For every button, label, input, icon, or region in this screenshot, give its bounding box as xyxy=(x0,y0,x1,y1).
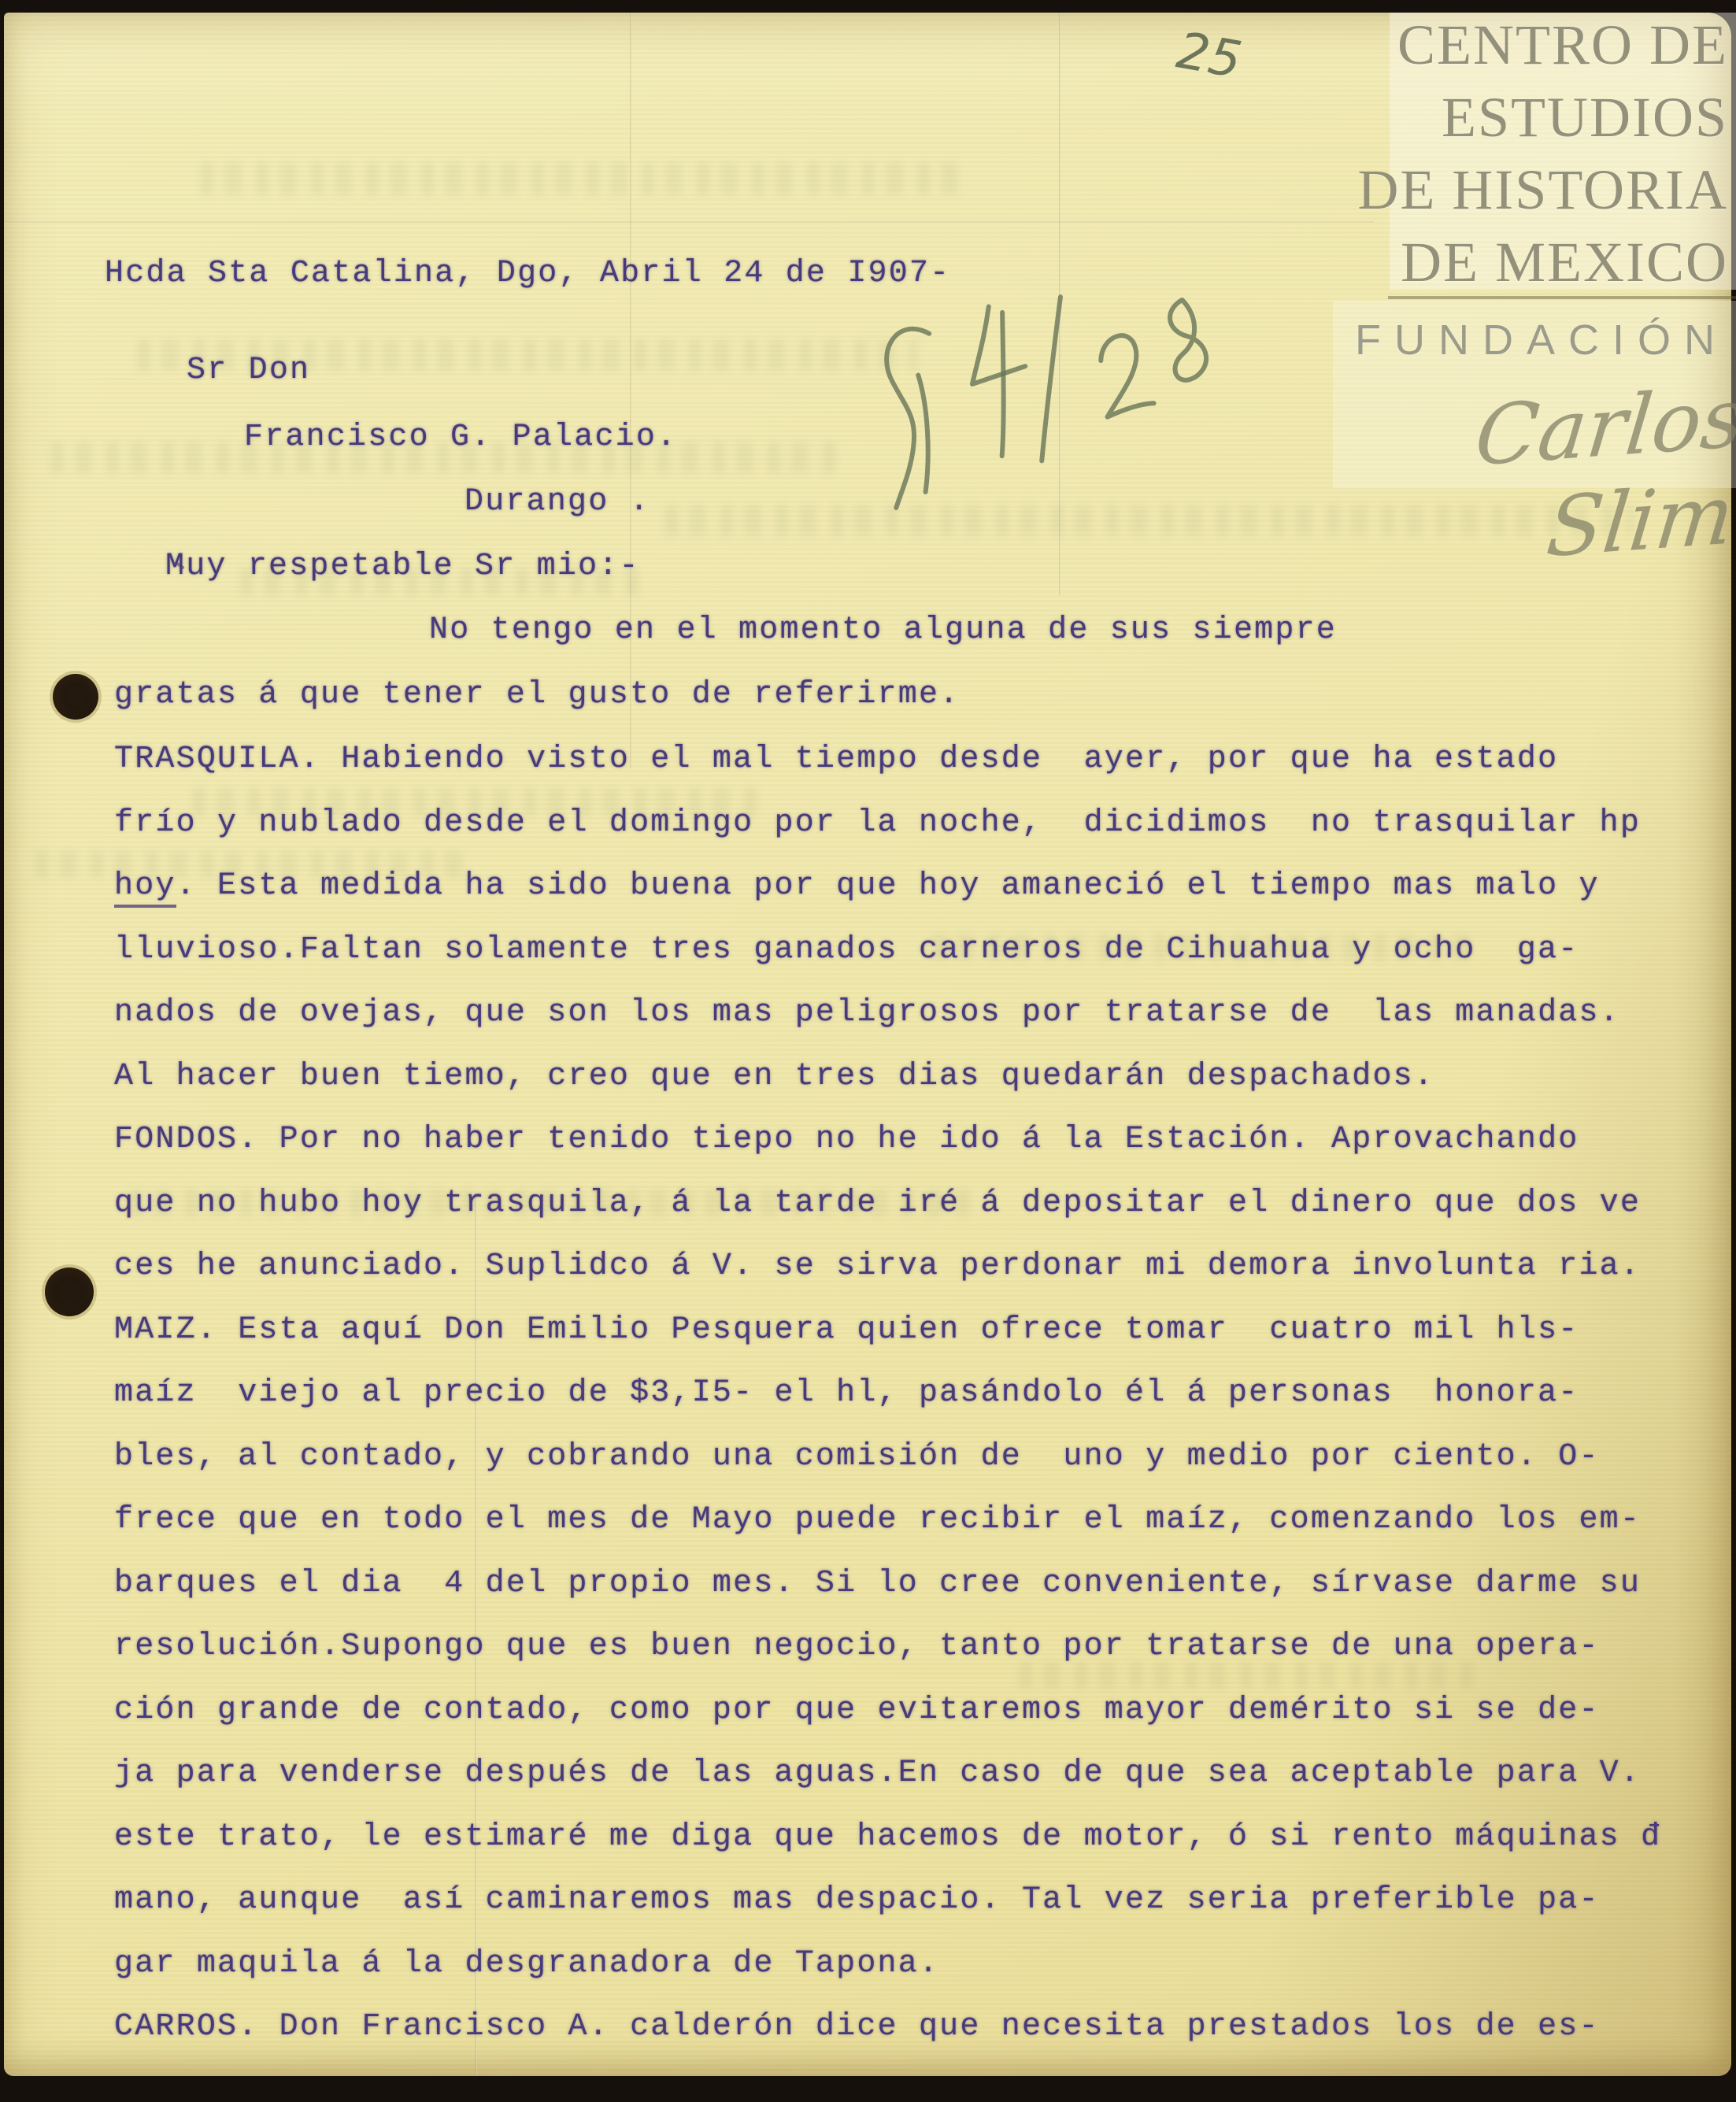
watermark-text-line: DE MEXICO xyxy=(1342,230,1728,295)
foundation-watermark: FUNDACIÓN xyxy=(1334,316,1728,365)
letter-line: frío y nublado desde el domingo por la n… xyxy=(114,805,1641,841)
letter-line: ces he anunciado. Suplidco á V. se sirva… xyxy=(114,1249,1641,1284)
letter-line: resolución.Supongo que es buen negocio, … xyxy=(114,1629,1600,1664)
letter-line: Al hacer buen tiemo, creo que en tres di… xyxy=(114,1059,1434,1094)
letter-line: mano, aunque así caminaremos mas despaci… xyxy=(114,1882,1600,1918)
watermark-text-line: CENTRO DE xyxy=(1342,13,1728,78)
carlos-slim-signature: Carlos Slim xyxy=(1335,369,1736,590)
letter-line: que no hubo hoy trasquila, á la tarde ir… xyxy=(114,1186,1641,1221)
letter-line: gar maquila á la desgranadora de Tapona. xyxy=(114,1946,939,1982)
letter-line: este trato, le estimaré me diga que hace… xyxy=(114,1819,1661,1855)
letter-line: FONDOS. Por no haber tenido tiepo no he … xyxy=(114,1122,1579,1157)
recipient-name: Francisco G. Palacio. xyxy=(244,420,677,455)
salutation: Muy respetable Sr mio:- xyxy=(165,549,640,584)
letter-line: barques el dia 4 del propio mes. Si lo c… xyxy=(114,1566,1641,1601)
letter-line: maíz viejo al precio de $3,I5- el hl, pa… xyxy=(114,1375,1579,1411)
watermark-text-line: ESTUDIOS xyxy=(1342,85,1728,150)
letter-line: ción grande de contado, como por que evi… xyxy=(114,1693,1600,1728)
watermark-divider xyxy=(1388,296,1736,299)
dateline: Hcda Sta Catalina, Dgo, Abril 24 de I907… xyxy=(105,256,950,291)
recipient-title: Sr Don xyxy=(187,353,310,388)
letter-line: nados de ovejas, que son los mas peligro… xyxy=(114,995,1620,1031)
letter-line: MAIZ. Esta aquí Don Emilio Pesquera quie… xyxy=(114,1312,1579,1348)
letter-line: lluvioso.Faltan solamente tres ganados c… xyxy=(114,932,1579,968)
letter-line: No tengo en el momento alguna de sus sie… xyxy=(429,612,1337,648)
watermark-text-line: DE HISTORIA xyxy=(1342,157,1728,223)
punch-hole xyxy=(53,674,98,720)
fold-crease xyxy=(4,221,1374,224)
punch-hole xyxy=(45,1267,94,1316)
pencil-page-number: 25 xyxy=(1172,21,1246,90)
letter-line: CARROS. Don Francisco A. calderón dice q… xyxy=(114,2009,1600,2045)
letter-page: CENTRO DE ESTUDIOS DE HISTORIA DE MEXICO… xyxy=(4,13,1731,2076)
letter-line: frece que en todo el mes de Mayo puede r… xyxy=(114,1502,1641,1538)
archive-photo: { "page": { "paper_color": "#efe7ac", "b… xyxy=(0,0,1736,2102)
letter-line: hoy. Esta medida ha sido buena por que h… xyxy=(114,868,1600,904)
letter-line: gratas á que tener el gusto de referirme… xyxy=(114,677,960,712)
fold-crease xyxy=(630,13,632,768)
recipient-city: Durango . xyxy=(465,484,650,520)
letter-line: bles, al contado, y cobrando una comisió… xyxy=(114,1439,1600,1475)
letter-line: TRASQUILA. Habiendo visto el mal tiempo … xyxy=(114,742,1558,777)
bleed-through-text xyxy=(1020,1662,1476,1689)
bleed-through-text xyxy=(201,162,972,195)
letter-line: ja para venderse después de las aguas.En… xyxy=(114,1756,1641,1791)
